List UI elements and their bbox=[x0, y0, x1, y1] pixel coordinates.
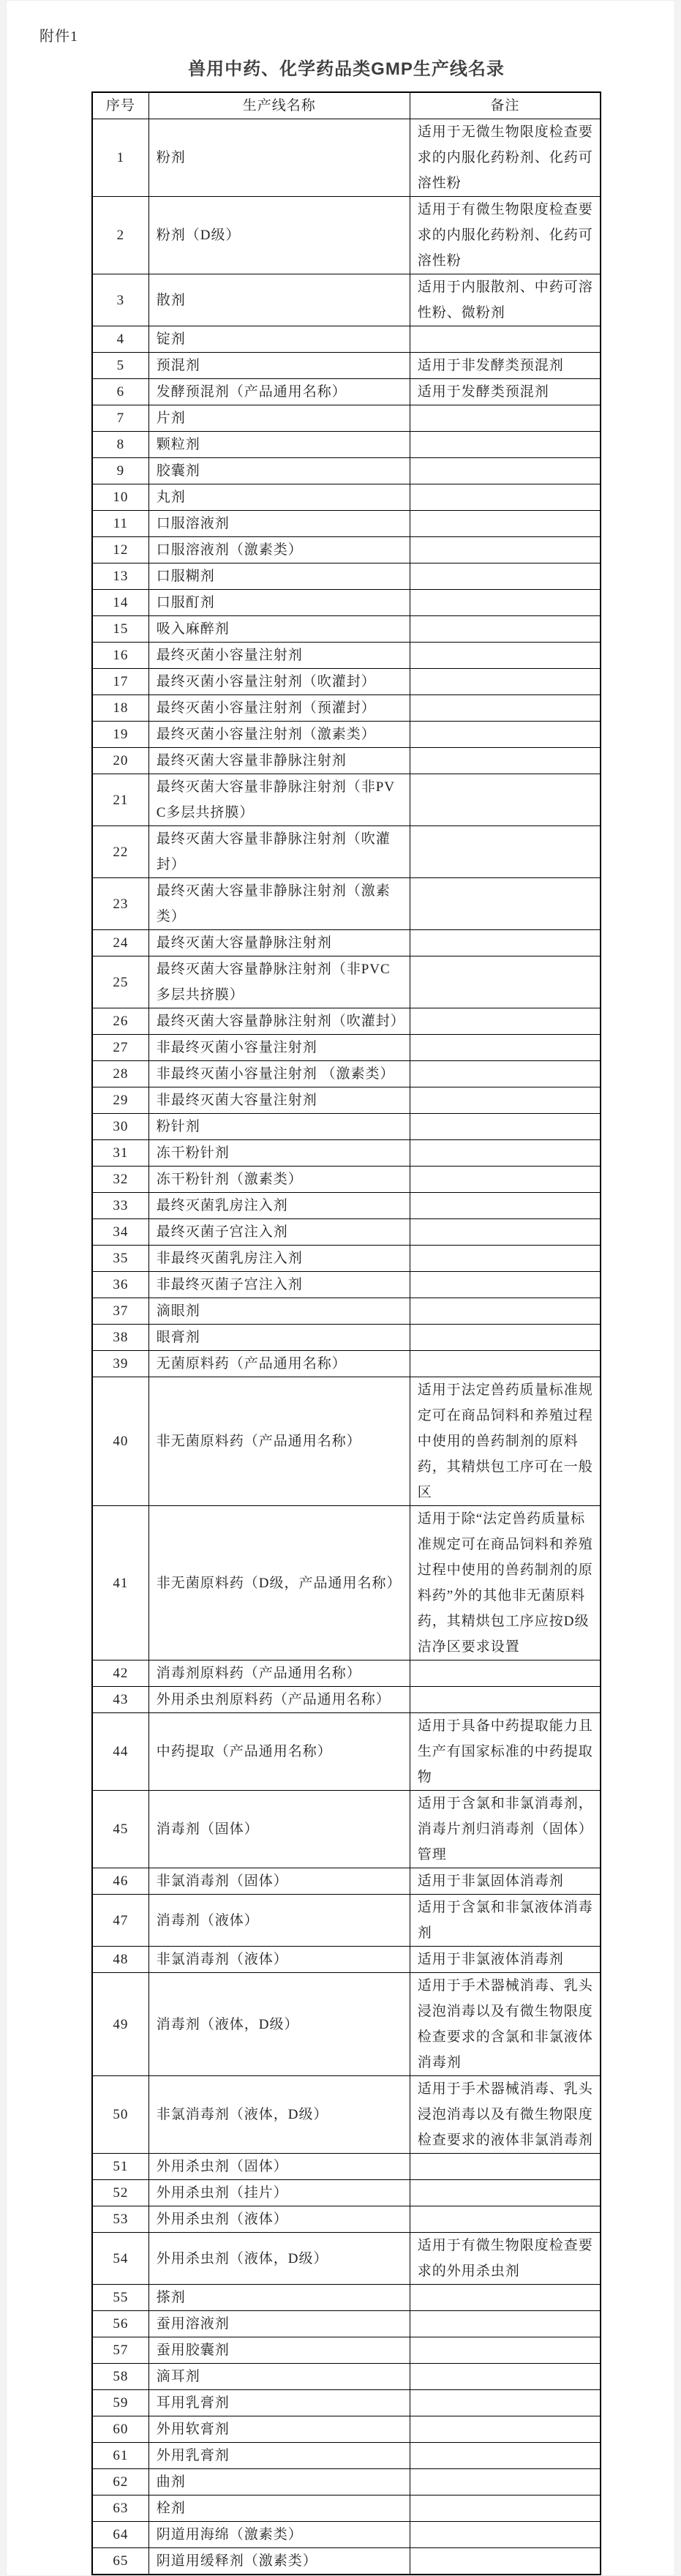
table-row: 34 最终灭菌子宫注入剂 bbox=[92, 1219, 601, 1246]
production-line-name: 最终灭菌乳房注入剂 bbox=[148, 1193, 410, 1219]
row-note: 适用于法定兽药质量标准规定可在商品饲料和养殖过程中使用的兽药制剂的原料药，其精烘… bbox=[410, 1377, 601, 1506]
production-line-name: 阴道用海绵（激素类） bbox=[148, 2522, 410, 2548]
row-note bbox=[410, 1193, 601, 1219]
row-number: 59 bbox=[92, 2390, 148, 2416]
row-note bbox=[410, 2154, 601, 2180]
row-number: 10 bbox=[92, 484, 148, 511]
production-line-name: 外用杀虫剂（液体） bbox=[148, 2206, 410, 2233]
production-line-name: 外用杀虫剂（挂片） bbox=[148, 2180, 410, 2206]
row-number: 47 bbox=[92, 1895, 148, 1947]
row-number: 27 bbox=[92, 1035, 148, 1061]
row-number: 63 bbox=[92, 2495, 148, 2522]
table-row: 2 粉剂（D级） 适用于有微生物限度检查要求的内服化药粉剂、化药可溶性粉 bbox=[92, 197, 601, 274]
row-note: 适用于除“法定兽药质量标准规定可在商品饲料和养殖过程中使用的兽药制剂的原料药”外… bbox=[410, 1506, 601, 1660]
row-note bbox=[410, 1167, 601, 1193]
production-line-name: 非氯消毒剂（液体） bbox=[148, 1947, 410, 1973]
column-header-no: 序号 bbox=[92, 92, 148, 119]
production-line-name: 锭剂 bbox=[148, 326, 410, 353]
row-note bbox=[410, 1114, 601, 1140]
row-note bbox=[410, 2337, 601, 2364]
row-note bbox=[410, 1140, 601, 1167]
production-line-name: 最终灭菌小容量注射剂（预灌封） bbox=[148, 695, 410, 722]
production-line-name: 预混剂 bbox=[148, 353, 410, 379]
row-number: 30 bbox=[92, 1114, 148, 1140]
row-number: 11 bbox=[92, 511, 148, 537]
production-line-name: 最终灭菌大容量静脉注射剂（非PVC多层共挤膜） bbox=[148, 956, 410, 1008]
row-number: 33 bbox=[92, 1193, 148, 1219]
table-row: 14 口服酊剂 bbox=[92, 590, 601, 616]
gmp-production-lines-table: 序号 生产线名称 备注 1 粉剂 适用于无微生物限度检查要求的内服化药粉剂、化药… bbox=[91, 91, 601, 2575]
row-note bbox=[410, 2390, 601, 2416]
production-line-name: 非无菌原料药（D级，产品通用名称） bbox=[148, 1506, 410, 1660]
row-note bbox=[410, 590, 601, 616]
row-note bbox=[410, 722, 601, 748]
row-number: 21 bbox=[92, 774, 148, 826]
table-body: 1 粉剂 适用于无微生物限度检查要求的内服化药粉剂、化药可溶性粉 2 粉剂（D级… bbox=[92, 119, 601, 2575]
production-line-name: 消毒剂（固体） bbox=[148, 1791, 410, 1868]
table-row: 48 非氯消毒剂（液体） 适用于非氯液体消毒剂 bbox=[92, 1947, 601, 1973]
row-note bbox=[410, 695, 601, 722]
production-line-name: 冻干粉针剂（激素类） bbox=[148, 1167, 410, 1193]
table-row: 22 最终灭菌大容量非静脉注射剂（吹灌封） bbox=[92, 826, 601, 878]
row-number: 48 bbox=[92, 1947, 148, 1973]
row-note bbox=[410, 484, 601, 511]
table-row: 39 无菌原料药（产品通用名称） bbox=[92, 1351, 601, 1377]
row-number: 45 bbox=[92, 1791, 148, 1868]
row-note: 适用于非氯固体消毒剂 bbox=[410, 1868, 601, 1895]
row-note: 适用于内服散剂、中药可溶性粉、微粉剂 bbox=[410, 274, 601, 326]
row-number: 3 bbox=[92, 274, 148, 326]
row-note bbox=[410, 669, 601, 695]
table-row: 44 中药提取（产品通用名称） 适用于具备中药提取能力且生产有国家标准的中药提取… bbox=[92, 1713, 601, 1791]
row-note bbox=[410, 1325, 601, 1351]
row-note bbox=[410, 2469, 601, 2495]
table-row: 49 消毒剂（液体，D级） 适用于手术器械消毒、乳头浸泡消毒以及有微生物限度检查… bbox=[92, 1973, 601, 2076]
row-note bbox=[410, 2180, 601, 2206]
production-line-name: 栓剂 bbox=[148, 2495, 410, 2522]
row-note bbox=[410, 2206, 601, 2233]
production-line-name: 外用软膏剂 bbox=[148, 2416, 410, 2443]
row-number: 46 bbox=[92, 1868, 148, 1895]
row-number: 35 bbox=[92, 1246, 148, 1272]
production-line-name: 吸入麻醉剂 bbox=[148, 616, 410, 643]
production-line-name: 阴道用缓释剂（激素类） bbox=[148, 2548, 410, 2575]
production-line-name: 非最终灭菌小容量注射剂 （激素类） bbox=[148, 1061, 410, 1087]
table-row: 45 消毒剂（固体） 适用于含氯和非氯消毒剂，消毒片剂归消毒剂（固体）管理 bbox=[92, 1791, 601, 1868]
table-row: 58 滴耳剂 bbox=[92, 2364, 601, 2390]
production-line-name: 非最终灭菌子宫注入剂 bbox=[148, 1272, 410, 1298]
row-note bbox=[410, 1272, 601, 1298]
production-line-name: 外用乳膏剂 bbox=[148, 2443, 410, 2469]
table-row: 27 非最终灭菌小容量注射剂 bbox=[92, 1035, 601, 1061]
production-line-name: 滴耳剂 bbox=[148, 2364, 410, 2390]
row-number: 60 bbox=[92, 2416, 148, 2443]
row-number: 6 bbox=[92, 379, 148, 405]
table-row: 21 最终灭菌大容量非静脉注射剂（非PVC多层共挤膜） bbox=[92, 774, 601, 826]
row-note bbox=[410, 1008, 601, 1035]
row-number: 54 bbox=[92, 2233, 148, 2285]
row-number: 42 bbox=[92, 1660, 148, 1687]
attachment-label: 附件1 bbox=[39, 27, 674, 46]
column-header-note: 备注 bbox=[410, 92, 601, 119]
row-note: 适用于非氯液体消毒剂 bbox=[410, 1947, 601, 1973]
row-number: 37 bbox=[92, 1298, 148, 1325]
table-row: 18 最终灭菌小容量注射剂（预灌封） bbox=[92, 695, 601, 722]
production-line-name: 搽剂 bbox=[148, 2285, 410, 2311]
row-note: 适用于含氯和非氯液体消毒剂 bbox=[410, 1895, 601, 1947]
row-number: 43 bbox=[92, 1687, 148, 1713]
table-row: 41 非无菌原料药（D级，产品通用名称） 适用于除“法定兽药质量标准规定可在商品… bbox=[92, 1506, 601, 1660]
table-row: 6 发酵预混剂（产品通用名称） 适用于发酵类预混剂 bbox=[92, 379, 601, 405]
row-note: 适用于手术器械消毒、乳头浸泡消毒以及有微生物限度检查要求的液体非氯消毒剂 bbox=[410, 2076, 601, 2154]
table-row: 24 最终灭菌大容量静脉注射剂 bbox=[92, 930, 601, 956]
table-row: 1 粉剂 适用于无微生物限度检查要求的内服化药粉剂、化药可溶性粉 bbox=[92, 119, 601, 197]
row-number: 44 bbox=[92, 1713, 148, 1791]
production-line-name: 最终灭菌小容量注射剂（吹灌封） bbox=[148, 669, 410, 695]
production-line-name: 外用杀虫剂（固体） bbox=[148, 2154, 410, 2180]
row-number: 56 bbox=[92, 2311, 148, 2337]
production-line-name: 胶囊剂 bbox=[148, 458, 410, 484]
production-line-name: 消毒剂（液体，D级） bbox=[148, 1973, 410, 2076]
row-number: 58 bbox=[92, 2364, 148, 2390]
production-line-name: 粉针剂 bbox=[148, 1114, 410, 1140]
production-line-name: 口服溶液剂 bbox=[148, 511, 410, 537]
row-note bbox=[410, 2285, 601, 2311]
table-row: 16 最终灭菌小容量注射剂 bbox=[92, 643, 601, 669]
row-note: 适用于手术器械消毒、乳头浸泡消毒以及有微生物限度检查要求的含氯和非氯液体消毒剂 bbox=[410, 1973, 601, 2076]
production-line-name: 口服糊剂 bbox=[148, 563, 410, 590]
production-line-name: 耳用乳膏剂 bbox=[148, 2390, 410, 2416]
row-number: 50 bbox=[92, 2076, 148, 2154]
row-note bbox=[410, 1687, 601, 1713]
production-line-name: 口服溶液剂（激素类） bbox=[148, 537, 410, 563]
row-number: 1 bbox=[92, 119, 148, 197]
production-line-name: 中药提取（产品通用名称） bbox=[148, 1713, 410, 1791]
table-row: 37 滴眼剂 bbox=[92, 1298, 601, 1325]
table-row: 32 冻干粉针剂（激素类） bbox=[92, 1167, 601, 1193]
row-number: 57 bbox=[92, 2337, 148, 2364]
row-number: 49 bbox=[92, 1973, 148, 2076]
row-note bbox=[410, 1035, 601, 1061]
table-row: 30 粉针剂 bbox=[92, 1114, 601, 1140]
table-row: 25 最终灭菌大容量静脉注射剂（非PVC多层共挤膜） bbox=[92, 956, 601, 1008]
table-row: 52 外用杀虫剂（挂片） bbox=[92, 2180, 601, 2206]
row-number: 39 bbox=[92, 1351, 148, 1377]
table-row: 35 非最终灭菌乳房注入剂 bbox=[92, 1246, 601, 1272]
row-note bbox=[410, 878, 601, 930]
row-number: 20 bbox=[92, 748, 148, 774]
row-number: 32 bbox=[92, 1167, 148, 1193]
table-row: 46 非氯消毒剂（固体） 适用于非氯固体消毒剂 bbox=[92, 1868, 601, 1895]
row-number: 31 bbox=[92, 1140, 148, 1167]
row-note bbox=[410, 1061, 601, 1087]
production-line-name: 粉剂（D级） bbox=[148, 197, 410, 274]
row-note bbox=[410, 2443, 601, 2469]
table-row: 53 外用杀虫剂（液体） bbox=[92, 2206, 601, 2233]
row-note bbox=[410, 1219, 601, 1246]
production-line-name: 最终灭菌大容量静脉注射剂 bbox=[148, 930, 410, 956]
table-row: 56 蚕用溶液剂 bbox=[92, 2311, 601, 2337]
table-row: 33 最终灭菌乳房注入剂 bbox=[92, 1193, 601, 1219]
row-number: 51 bbox=[92, 2154, 148, 2180]
production-line-name: 最终灭菌大容量非静脉注射剂（激素类） bbox=[148, 878, 410, 930]
row-note: 适用于有微生物限度检查要求的外用杀虫剂 bbox=[410, 2233, 601, 2285]
table-row: 57 蚕用胶囊剂 bbox=[92, 2337, 601, 2364]
table-row: 17 最终灭菌小容量注射剂（吹灌封） bbox=[92, 669, 601, 695]
table-row: 42 消毒剂原料药（产品通用名称） bbox=[92, 1660, 601, 1687]
row-number: 4 bbox=[92, 326, 148, 353]
row-note bbox=[410, 2311, 601, 2337]
table-row: 38 眼膏剂 bbox=[92, 1325, 601, 1351]
production-line-name: 外用杀虫剂（液体，D级） bbox=[148, 2233, 410, 2285]
table-row: 63 栓剂 bbox=[92, 2495, 601, 2522]
row-note: 适用于发酵类预混剂 bbox=[410, 379, 601, 405]
production-line-name: 最终灭菌大容量非静脉注射剂 bbox=[148, 748, 410, 774]
row-number: 13 bbox=[92, 563, 148, 590]
row-number: 25 bbox=[92, 956, 148, 1008]
table-row: 31 冻干粉针剂 bbox=[92, 1140, 601, 1167]
row-number: 5 bbox=[92, 353, 148, 379]
row-number: 62 bbox=[92, 2469, 148, 2495]
row-note bbox=[410, 2548, 601, 2575]
row-number: 7 bbox=[92, 405, 148, 432]
row-note bbox=[410, 616, 601, 643]
production-line-name: 散剂 bbox=[148, 274, 410, 326]
row-note bbox=[410, 956, 601, 1008]
document-page: 附件1 兽用中药、化学药品类GMP生产线名录 序号 生产线名称 备注 1 粉剂 … bbox=[6, 0, 675, 2576]
table-row: 8 颗粒剂 bbox=[92, 432, 601, 458]
row-number: 9 bbox=[92, 458, 148, 484]
table-row: 5 预混剂 适用于非发酵类预混剂 bbox=[92, 353, 601, 379]
table-row: 50 非氯消毒剂（液体，D级） 适用于手术器械消毒、乳头浸泡消毒以及有微生物限度… bbox=[92, 2076, 601, 2154]
table-row: 11 口服溶液剂 bbox=[92, 511, 601, 537]
row-note bbox=[410, 1246, 601, 1272]
table-row: 9 胶囊剂 bbox=[92, 458, 601, 484]
row-number: 64 bbox=[92, 2522, 148, 2548]
row-note bbox=[410, 1298, 601, 1325]
row-note bbox=[410, 511, 601, 537]
table-row: 65 阴道用缓释剂（激素类） bbox=[92, 2548, 601, 2575]
table-row: 23 最终灭菌大容量非静脉注射剂（激素类） bbox=[92, 878, 601, 930]
row-note bbox=[410, 2416, 601, 2443]
production-line-name: 非最终灭菌小容量注射剂 bbox=[148, 1035, 410, 1061]
production-line-name: 非最终灭菌大容量注射剂 bbox=[148, 1087, 410, 1114]
production-line-name: 片剂 bbox=[148, 405, 410, 432]
production-line-name: 消毒剂原料药（产品通用名称） bbox=[148, 1660, 410, 1687]
row-number: 61 bbox=[92, 2443, 148, 2469]
row-number: 65 bbox=[92, 2548, 148, 2575]
row-note bbox=[410, 2495, 601, 2522]
row-note bbox=[410, 2364, 601, 2390]
production-line-name: 非最终灭菌乳房注入剂 bbox=[148, 1246, 410, 1272]
table-row: 29 非最终灭菌大容量注射剂 bbox=[92, 1087, 601, 1114]
row-note bbox=[410, 563, 601, 590]
row-note bbox=[410, 774, 601, 826]
row-note bbox=[410, 432, 601, 458]
row-number: 53 bbox=[92, 2206, 148, 2233]
production-line-name: 滴眼剂 bbox=[148, 1298, 410, 1325]
row-note: 适用于含氯和非氯消毒剂，消毒片剂归消毒剂（固体）管理 bbox=[410, 1791, 601, 1868]
table-row: 47 消毒剂（液体） 适用于含氯和非氯液体消毒剂 bbox=[92, 1895, 601, 1947]
row-note bbox=[410, 458, 601, 484]
production-line-name: 非氯消毒剂（固体） bbox=[148, 1868, 410, 1895]
row-note bbox=[410, 2522, 601, 2548]
production-line-name: 丸剂 bbox=[148, 484, 410, 511]
row-number: 19 bbox=[92, 722, 148, 748]
row-number: 12 bbox=[92, 537, 148, 563]
table-row: 51 外用杀虫剂（固体） bbox=[92, 2154, 601, 2180]
table-row: 54 外用杀虫剂（液体，D级） 适用于有微生物限度检查要求的外用杀虫剂 bbox=[92, 2233, 601, 2285]
table-row: 20 最终灭菌大容量非静脉注射剂 bbox=[92, 748, 601, 774]
row-number: 41 bbox=[92, 1506, 148, 1660]
row-note bbox=[410, 643, 601, 669]
page-title: 兽用中药、化学药品类GMP生产线名录 bbox=[91, 58, 601, 81]
table-row: 59 耳用乳膏剂 bbox=[92, 2390, 601, 2416]
row-number: 29 bbox=[92, 1087, 148, 1114]
production-line-name: 颗粒剂 bbox=[148, 432, 410, 458]
row-note: 适用于具备中药提取能力且生产有国家标准的中药提取物 bbox=[410, 1713, 601, 1791]
table-row: 26 最终灭菌大容量静脉注射剂（吹灌封） bbox=[92, 1008, 601, 1035]
row-number: 28 bbox=[92, 1061, 148, 1087]
table-row: 19 最终灭菌小容量注射剂（激素类） bbox=[92, 722, 601, 748]
table-row: 28 非最终灭菌小容量注射剂 （激素类） bbox=[92, 1061, 601, 1087]
production-line-name: 外用杀虫剂原料药（产品通用名称） bbox=[148, 1687, 410, 1713]
production-line-name: 最终灭菌小容量注射剂（激素类） bbox=[148, 722, 410, 748]
production-line-name: 非无菌原料药（产品通用名称） bbox=[148, 1377, 410, 1506]
production-line-name: 发酵预混剂（产品通用名称） bbox=[148, 379, 410, 405]
row-number: 34 bbox=[92, 1219, 148, 1246]
row-number: 2 bbox=[92, 197, 148, 274]
row-number: 52 bbox=[92, 2180, 148, 2206]
row-number: 22 bbox=[92, 826, 148, 878]
row-number: 38 bbox=[92, 1325, 148, 1351]
table-row: 13 口服糊剂 bbox=[92, 563, 601, 590]
table-row: 62 曲剂 bbox=[92, 2469, 601, 2495]
production-line-name: 眼膏剂 bbox=[148, 1325, 410, 1351]
row-note: 适用于有微生物限度检查要求的内服化药粉剂、化药可溶性粉 bbox=[410, 197, 601, 274]
table-row: 12 口服溶液剂（激素类） bbox=[92, 537, 601, 563]
production-line-name: 消毒剂（液体） bbox=[148, 1895, 410, 1947]
row-number: 36 bbox=[92, 1272, 148, 1298]
row-number: 55 bbox=[92, 2285, 148, 2311]
production-line-name: 蚕用胶囊剂 bbox=[148, 2337, 410, 2364]
table-row: 10 丸剂 bbox=[92, 484, 601, 511]
production-line-name: 最终灭菌子宫注入剂 bbox=[148, 1219, 410, 1246]
row-number: 8 bbox=[92, 432, 148, 458]
production-line-name: 最终灭菌大容量静脉注射剂（吹灌封） bbox=[148, 1008, 410, 1035]
row-number: 26 bbox=[92, 1008, 148, 1035]
production-line-name: 最终灭菌大容量非静脉注射剂（非PVC多层共挤膜） bbox=[148, 774, 410, 826]
row-note bbox=[410, 748, 601, 774]
production-line-name: 蚕用溶液剂 bbox=[148, 2311, 410, 2337]
row-note bbox=[410, 1351, 601, 1377]
production-line-name: 最终灭菌小容量注射剂 bbox=[148, 643, 410, 669]
production-line-name: 最终灭菌大容量非静脉注射剂（吹灌封） bbox=[148, 826, 410, 878]
production-line-name: 冻干粉针剂 bbox=[148, 1140, 410, 1167]
row-number: 24 bbox=[92, 930, 148, 956]
row-note: 适用于非发酵类预混剂 bbox=[410, 353, 601, 379]
table-row: 4 锭剂 bbox=[92, 326, 601, 353]
table-row: 43 外用杀虫剂原料药（产品通用名称） bbox=[92, 1687, 601, 1713]
row-number: 40 bbox=[92, 1377, 148, 1506]
table-header-row: 序号 生产线名称 备注 bbox=[92, 92, 601, 119]
table-row: 64 阴道用海绵（激素类） bbox=[92, 2522, 601, 2548]
production-line-name: 非氯消毒剂（液体，D级） bbox=[148, 2076, 410, 2154]
table-row: 60 外用软膏剂 bbox=[92, 2416, 601, 2443]
table-row: 3 散剂 适用于内服散剂、中药可溶性粉、微粉剂 bbox=[92, 274, 601, 326]
table-row: 7 片剂 bbox=[92, 405, 601, 432]
table-row: 61 外用乳膏剂 bbox=[92, 2443, 601, 2469]
row-note bbox=[410, 326, 601, 353]
row-note bbox=[410, 1660, 601, 1687]
table-row: 15 吸入麻醉剂 bbox=[92, 616, 601, 643]
row-note bbox=[410, 826, 601, 878]
row-number: 18 bbox=[92, 695, 148, 722]
row-number: 15 bbox=[92, 616, 148, 643]
production-line-name: 曲剂 bbox=[148, 2469, 410, 2495]
row-number: 14 bbox=[92, 590, 148, 616]
column-header-name: 生产线名称 bbox=[148, 92, 410, 119]
production-line-name: 无菌原料药（产品通用名称） bbox=[148, 1351, 410, 1377]
production-line-name: 口服酊剂 bbox=[148, 590, 410, 616]
table-row: 40 非无菌原料药（产品通用名称） 适用于法定兽药质量标准规定可在商品饲料和养殖… bbox=[92, 1377, 601, 1506]
table-row: 36 非最终灭菌子宫注入剂 bbox=[92, 1272, 601, 1298]
row-number: 16 bbox=[92, 643, 148, 669]
row-note: 适用于无微生物限度检查要求的内服化药粉剂、化药可溶性粉 bbox=[410, 119, 601, 197]
row-note bbox=[410, 405, 601, 432]
row-note bbox=[410, 930, 601, 956]
row-number: 23 bbox=[92, 878, 148, 930]
table-row: 55 搽剂 bbox=[92, 2285, 601, 2311]
row-number: 17 bbox=[92, 669, 148, 695]
production-line-name: 粉剂 bbox=[148, 119, 410, 197]
row-note bbox=[410, 1087, 601, 1114]
row-note bbox=[410, 537, 601, 563]
